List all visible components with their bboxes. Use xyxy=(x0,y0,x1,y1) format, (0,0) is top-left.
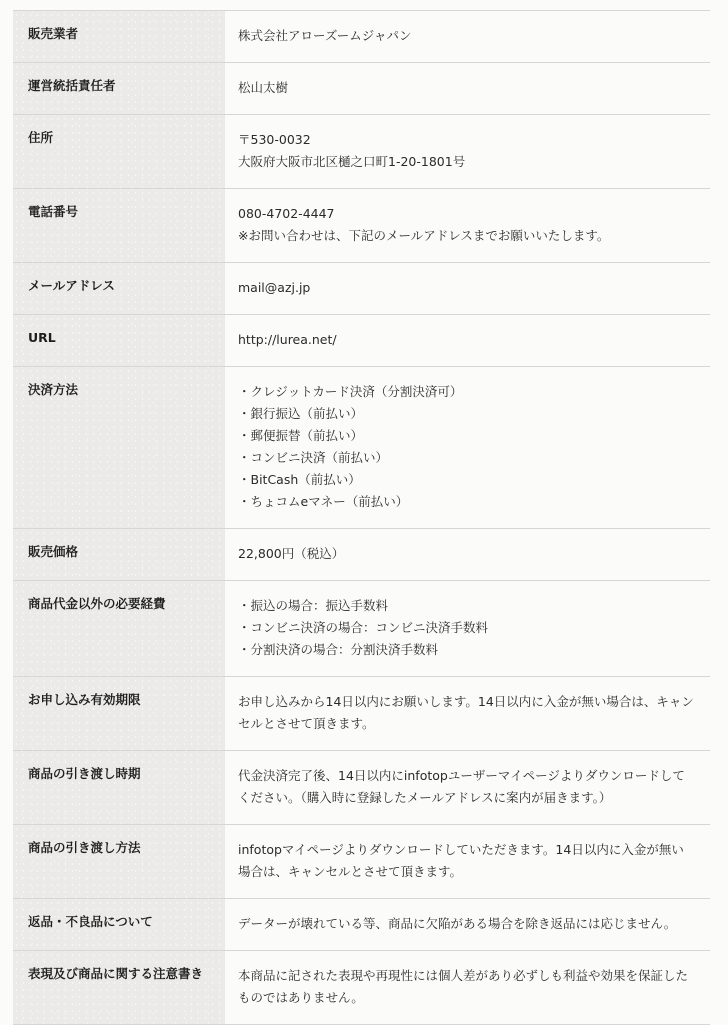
row-value-url: http://lurea.net/ xyxy=(225,315,710,367)
seller-name: 株式会社アローズームジャパン xyxy=(238,25,696,47)
street-address: 大阪府大阪市北区樋之口町1-20-1801号 xyxy=(238,151,696,173)
row-label-address: 住所 xyxy=(13,115,225,189)
table-row-extra-costs: 商品代金以外の必要経費 ・振込の場合：振込手数料 ・コンビニ決済の場合：コンビニ… xyxy=(13,581,710,677)
row-value-delivery-method: infotopマイページよりダウンロードしていただきます。14日以内に入金が無い… xyxy=(225,825,710,899)
sale-price: 22,800円（税込） xyxy=(238,543,696,565)
table-row-delivery-timing: 商品の引き渡し時期 代金決済完了後、14日以内にinfotopユーザーマイページ… xyxy=(13,751,710,825)
payment-method-item: ・ちょコムeマネー（前払い） xyxy=(238,491,696,513)
row-label-manager: 運営統括責任者 xyxy=(13,63,225,115)
website-url: http://lurea.net/ xyxy=(238,329,696,351)
table-row-returns: 返品・不良品について データーが壊れている等、商品に欠陥がある場合を除き返品には… xyxy=(13,899,710,951)
returns-policy-text: データーが壊れている等、商品に欠陥がある場合を除き返品には応じません。 xyxy=(238,913,696,935)
row-label-payment-methods: 決済方法 xyxy=(13,367,225,529)
payment-method-item: ・銀行振込（前払い） xyxy=(238,403,696,425)
payment-method-item: ・BitCash（前払い） xyxy=(238,469,696,491)
commercial-transactions-table: 販売業者 株式会社アローズームジャパン 運営統括責任者 松山太樹 住所 〒530… xyxy=(13,10,710,961)
extra-cost-item: ・コンビニ決済の場合：コンビニ決済手数料 xyxy=(238,617,696,639)
row-label-seller: 販売業者 xyxy=(13,11,225,63)
row-label-phone: 電話番号 xyxy=(13,189,225,263)
table-row-delivery-method: 商品の引き渡し方法 infotopマイページよりダウンロードしていただきます。1… xyxy=(13,825,710,899)
table-row-seller: 販売業者 株式会社アローズームジャパン xyxy=(13,11,710,63)
row-value-extra-costs: ・振込の場合：振込手数料 ・コンビニ決済の場合：コンビニ決済手数料 ・分割決済の… xyxy=(225,581,710,677)
payment-method-item: ・クレジットカード決済（分割決済可） xyxy=(238,381,696,403)
row-label-url: URL xyxy=(13,315,225,367)
table-row-payment-methods: 決済方法 ・クレジットカード決済（分割決済可） ・銀行振込（前払い） ・郵便振替… xyxy=(13,367,710,529)
application-deadline-text: お申し込みから14日以内にお願いします。14日以内に入金が無い場合は、キャンセル… xyxy=(238,691,696,735)
delivery-timing-text: 代金決済完了後、14日以内にinfotopユーザーマイページよりダウンロードして… xyxy=(238,765,696,809)
table-row-address: 住所 〒530-0032 大阪府大阪市北区樋之口町1-20-1801号 xyxy=(13,115,710,189)
manager-name: 松山太樹 xyxy=(238,77,696,99)
phone-note: ※お問い合わせは、下記のメールアドレスまでお願いいたします。 xyxy=(238,225,696,247)
table-row-disclaimer: 表現及び商品に関する注意書き 本商品に記された表現や再現性には個人差があり必ずし… xyxy=(13,951,710,962)
row-label-extra-costs: 商品代金以外の必要経費 xyxy=(13,581,225,677)
extra-cost-item: ・分割決済の場合：分割決済手数料 xyxy=(238,639,696,661)
row-label-delivery-method: 商品の引き渡し方法 xyxy=(13,825,225,899)
row-value-disclaimer: 本商品に記された表現や再現性には個人差があり必ずしも利益や効果を保証したものでは… xyxy=(225,951,710,962)
delivery-method-text: infotopマイページよりダウンロードしていただきます。14日以内に入金が無い… xyxy=(238,839,696,883)
payment-method-item: ・郵便振替（前払い） xyxy=(238,425,696,447)
row-label-application-deadline: お申し込み有効期限 xyxy=(13,677,225,751)
row-value-returns: データーが壊れている等、商品に欠陥がある場合を除き返品には応じません。 xyxy=(225,899,710,951)
row-value-address: 〒530-0032 大阪府大阪市北区樋之口町1-20-1801号 xyxy=(225,115,710,189)
extra-cost-item: ・振込の場合：振込手数料 xyxy=(238,595,696,617)
row-value-manager: 松山太樹 xyxy=(225,63,710,115)
legal-notice-section: 販売業者 株式会社アローズームジャパン 運営統括責任者 松山太樹 住所 〒530… xyxy=(13,10,710,961)
table-row-price: 販売価格 22,800円（税込） xyxy=(13,529,710,581)
row-value-email: mail@azj.jp xyxy=(225,263,710,315)
row-value-seller: 株式会社アローズームジャパン xyxy=(225,11,710,63)
postal-code: 〒530-0032 xyxy=(238,129,696,151)
row-label-disclaimer: 表現及び商品に関する注意書き xyxy=(13,951,225,962)
table-row-email: メールアドレス mail@azj.jp xyxy=(13,263,710,315)
table-row-url: URL http://lurea.net/ xyxy=(13,315,710,367)
table-row-manager: 運営統括責任者 松山太樹 xyxy=(13,63,710,115)
email-address: mail@azj.jp xyxy=(238,277,696,299)
row-value-delivery-timing: 代金決済完了後、14日以内にinfotopユーザーマイページよりダウンロードして… xyxy=(225,751,710,825)
table-row-phone: 電話番号 080-4702-4447 ※お問い合わせは、下記のメールアドレスまで… xyxy=(13,189,710,263)
row-label-price: 販売価格 xyxy=(13,529,225,581)
row-value-phone: 080-4702-4447 ※お問い合わせは、下記のメールアドレスまでお願いいた… xyxy=(225,189,710,263)
row-label-email: メールアドレス xyxy=(13,263,225,315)
phone-number: 080-4702-4447 xyxy=(238,203,696,225)
table-row-application-deadline: お申し込み有効期限 お申し込みから14日以内にお願いします。14日以内に入金が無… xyxy=(13,677,710,751)
row-value-application-deadline: お申し込みから14日以内にお願いします。14日以内に入金が無い場合は、キャンセル… xyxy=(225,677,710,751)
row-value-price: 22,800円（税込） xyxy=(225,529,710,581)
row-label-returns: 返品・不良品について xyxy=(13,899,225,951)
row-label-delivery-timing: 商品の引き渡し時期 xyxy=(13,751,225,825)
row-value-payment-methods: ・クレジットカード決済（分割決済可） ・銀行振込（前払い） ・郵便振替（前払い）… xyxy=(225,367,710,529)
payment-method-item: ・コンビニ決済（前払い） xyxy=(238,447,696,469)
